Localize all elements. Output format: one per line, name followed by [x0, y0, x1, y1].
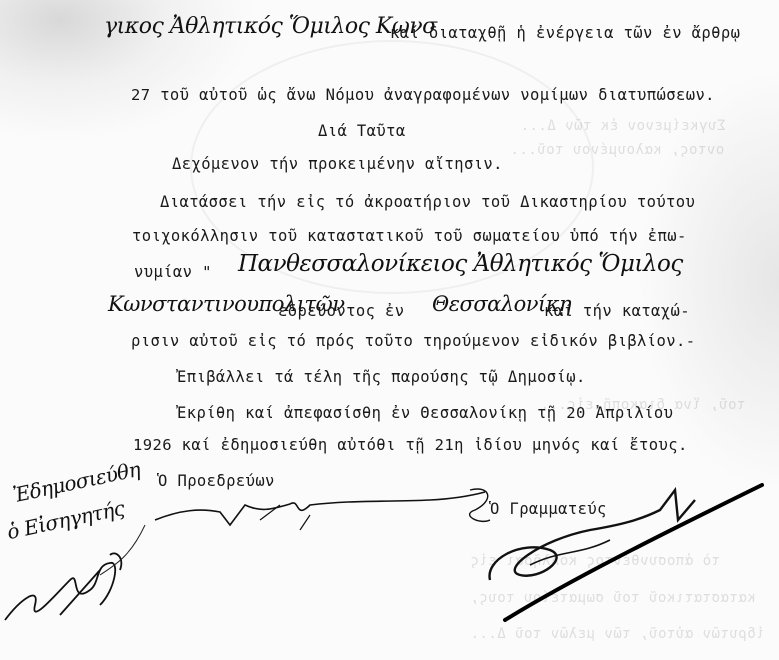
handwritten-club-name: Πανθεσσαλονίκειος Ἀθλητικός Ὅμιλος — [238, 251, 683, 277]
bleed-through-text: ἱδρυτῶν αὐτοῦ, τῶν μελῶν τοῦ Δ... — [470, 626, 765, 642]
typed-line: νυμίαν " — [134, 263, 212, 281]
typed-line: καί τήν καταχώ- — [544, 302, 690, 320]
presiding-judge-label: Ὁ Προεδρεύων — [158, 472, 275, 490]
secretary-signature — [480, 480, 770, 620]
typed-line: Ἐκρίθη καί ἀπεφασίσθη ἐν Θεσσαλονίκῃ τῇ … — [177, 404, 673, 422]
typed-line: τοιχοκόλλησιν τοῦ καταστατικοῦ τοῦ σωματ… — [132, 227, 687, 245]
handwritten-insertion: γικος Ἀθλητικός Ὅμιλος Κωνσ — [104, 14, 437, 39]
typed-line: ρισιν αὐτοῦ εἰς τό πρός τοῦτο τηρούμενον… — [131, 332, 695, 350]
margin-note: Ἐδημοσιεύθη — [11, 457, 142, 507]
typed-line: 1926 καί ἐδημοσιεύθη αὐτόθι τῇ 21η ἰδίου… — [133, 436, 688, 454]
document-page: Συγκείμενον ἐκ τῶν Δ... οντος, καλουμένο… — [0, 0, 779, 660]
typed-line: Διατάσσει τήν εἰς τό ἀκροατήριον τοῦ Δικ… — [160, 193, 695, 211]
typed-line: 27 τοῦ αὐτοῦ ὡς ἄνω Νόμου ἀναγραφομένων … — [131, 86, 715, 104]
typed-line: ἑδρεύοντος ἐν — [278, 302, 405, 320]
section-heading: Διά Ταῦτα — [318, 122, 406, 140]
bleed-through-text: οντος, καλουμένου τοῦ... — [510, 142, 724, 158]
typed-line: Δεχόμενον τήν προκειμένην αἴτησιν. — [172, 155, 503, 173]
presiding-judge-signature — [150, 490, 490, 540]
typed-line: καί διαταχθῇ ἡ ἐνέργεια τῶν ἐν ἄρθρῳ — [390, 24, 740, 42]
margin-signature — [0, 545, 150, 625]
bleed-through-text: Συγκείμενον ἐκ τῶν Δ... — [520, 118, 725, 134]
typed-line: Ἐπιβάλλει τά τέλη τῆς παρούσης τῷ Δημοσί… — [177, 368, 586, 386]
